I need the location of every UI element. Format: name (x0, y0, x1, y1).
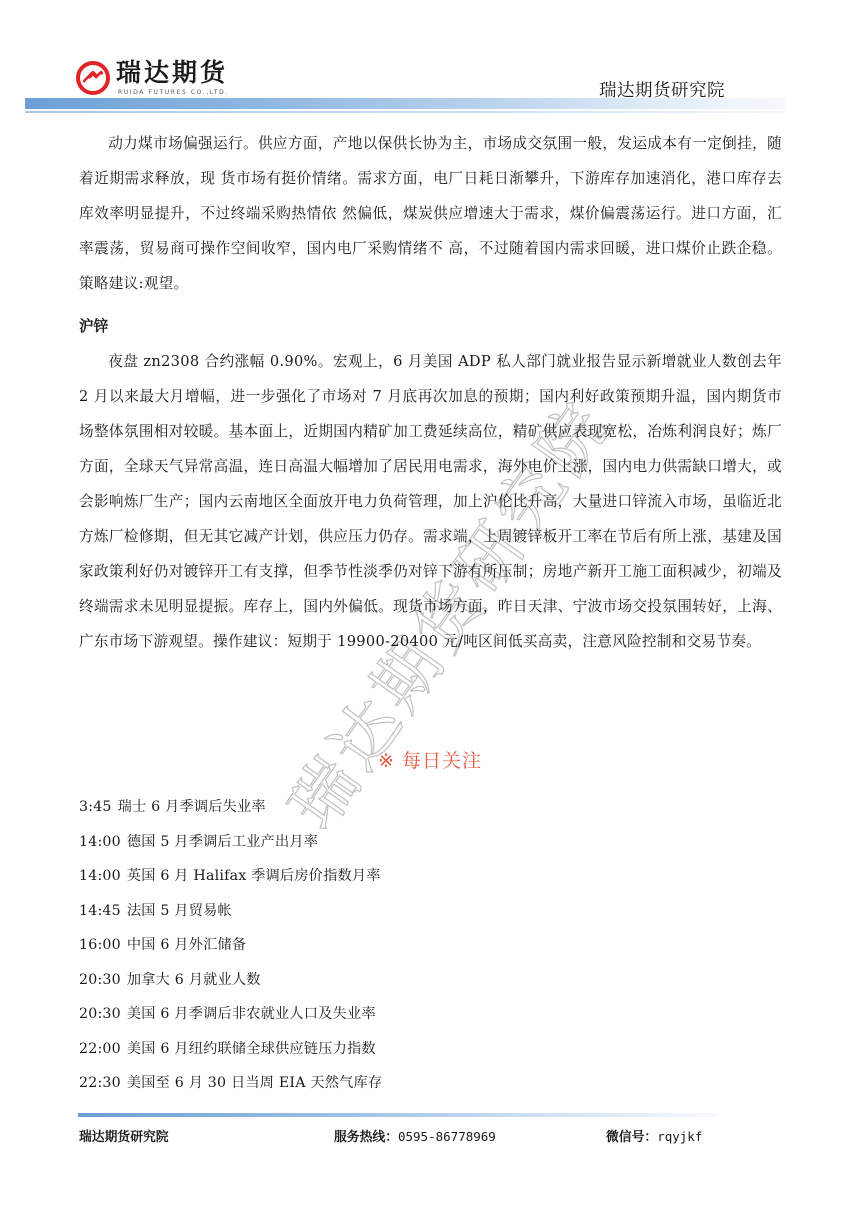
event-item: 14:45法国 5 月贸易帐 (79, 894, 382, 929)
hotline-number: 0595-86778969 (398, 1129, 496, 1144)
footer-divider-bar (78, 1113, 718, 1117)
logo-chinese-name: 瑞达期货 (116, 58, 229, 88)
header-divider-thin (25, 111, 785, 113)
logo-english-name: RUIDA FUTURES CO.,LTD. (118, 89, 229, 97)
event-time: 22:30 (79, 1075, 121, 1091)
event-item: 16:00中国 6 月外汇储备 (79, 928, 382, 963)
event-time: 20:30 (79, 972, 121, 988)
event-time: 3:45 (79, 799, 112, 815)
footer-institute: 瑞达期货研究院 (79, 1126, 169, 1145)
event-time: 20:30 (79, 1006, 121, 1022)
event-text: 英国 6 月 Halifax 季调后房价指数月率 (127, 868, 381, 884)
event-time: 22:00 (79, 1041, 121, 1057)
event-time: 14:00 (79, 834, 121, 850)
event-text: 加拿大 6 月就业人数 (127, 972, 261, 988)
event-item: 20:30加拿大 6 月就业人数 (79, 963, 382, 998)
event-item: 14:00德国 5 月季调后工业产出月率 (79, 825, 382, 860)
footer-hotline: 服务热线：0595-86778969 (334, 1126, 496, 1145)
event-text: 美国 6 月纽约联储全球供应链压力指数 (127, 1041, 376, 1057)
event-text: 瑞士 6 月季调后失业率 (118, 799, 266, 815)
wechat-label: 微信号： (606, 1130, 657, 1145)
event-item: 22:30美国至 6 月 30 日当周 EIA 天然气库存 (79, 1066, 382, 1101)
event-time: 14:00 (79, 868, 121, 884)
company-logo: 瑞达期货 RUIDA FUTURES CO.,LTD. (76, 58, 229, 102)
zinc-heading: 沪锌 (79, 309, 782, 344)
wechat-id: rqyjkf (657, 1129, 702, 1144)
coal-paragraph: 动力煤市场偏强运行。供应方面，产地以保供长协为主，市场成交氛围一般，发运成本有一… (79, 126, 782, 301)
report-page: 瑞达期货 RUIDA FUTURES CO.,LTD. 瑞达期货研究院 瑞达期货… (0, 0, 860, 1217)
event-item: 22:00美国 6 月纽约联储全球供应链压力指数 (79, 1032, 382, 1067)
event-item: 14:00英国 6 月 Halifax 季调后房价指数月率 (79, 859, 382, 894)
footer-wechat: 微信号：rqyjkf (606, 1126, 702, 1145)
event-time: 16:00 (79, 937, 121, 953)
event-text: 法国 5 月贸易帐 (127, 903, 232, 919)
daily-events-list: 3:45瑞士 6 月季调后失业率 14:00德国 5 月季调后工业产出月率 14… (79, 790, 382, 1101)
event-text: 中国 6 月外汇储备 (127, 937, 246, 953)
daily-focus-title: ※ 每日关注 (0, 746, 860, 773)
report-content: 动力煤市场偏强运行。供应方面，产地以保供长协为主，市场成交氛围一般，发运成本有一… (79, 126, 782, 659)
event-text: 美国至 6 月 30 日当周 EIA 天然气库存 (127, 1075, 382, 1091)
zinc-paragraph: 夜盘 zn2308 合约涨幅 0.90%。宏观上，6 月美国 ADP 私人部门就… (79, 344, 782, 659)
event-item: 20:30美国 6 月季调后非农就业人口及失业率 (79, 997, 382, 1032)
ruida-logo-icon (76, 61, 110, 95)
event-item: 3:45瑞士 6 月季调后失业率 (79, 790, 382, 825)
event-time: 14:45 (79, 903, 121, 919)
header-divider-bar (25, 98, 785, 109)
event-text: 美国 6 月季调后非农就业人口及失业率 (127, 1006, 376, 1022)
hotline-label: 服务热线： (334, 1130, 398, 1145)
event-text: 德国 5 月季调后工业产出月率 (127, 834, 318, 850)
